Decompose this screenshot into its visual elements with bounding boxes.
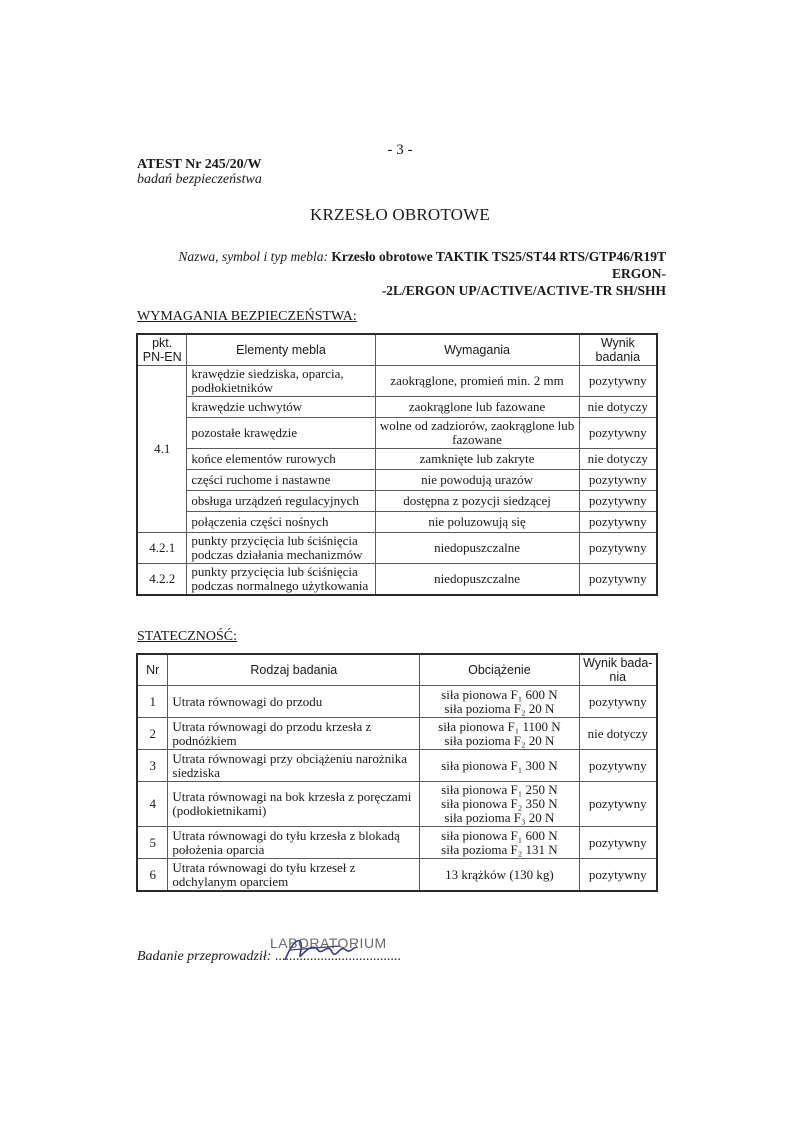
cell-nr: 3	[137, 750, 168, 782]
atest-subtitle: badań bezpieczeństwa	[137, 172, 262, 188]
atest-number: ATEST Nr 245/20/W	[137, 157, 261, 173]
table-row: 4.2.2punkty przycięcia lub ściśnięcia po…	[137, 564, 657, 596]
table-row: 2Utrata równowagi do przodu krzesła z po…	[137, 718, 657, 750]
cell-load: siła pionowa F₁ 600 Nsiła pozioma F₂ 131…	[420, 827, 579, 859]
cell-requirement: dostępna z pozycji siedzącej	[375, 491, 579, 512]
cell-requirement: zaokrąglone lub fazowane	[375, 397, 579, 418]
table-row: 1Utrata równowagi do przodusiła pionowa …	[137, 686, 657, 718]
cell-result: pozytywny	[579, 533, 657, 564]
safety-header-row: pkt. PN-EN Elementy mebla Wymagania Wyni…	[137, 334, 657, 366]
cell-test: Utrata równowagi do tyłu krzesła z bloka…	[168, 827, 420, 859]
header-load: Obciążenie	[420, 654, 579, 686]
cell-element: krawędzie siedziska, oparcia, podłokietn…	[187, 366, 375, 397]
load-line: siła pozioma F₃ 20 N	[424, 811, 574, 825]
document-title: KRZESŁO OBROTOWE	[0, 205, 800, 225]
cell-element: punkty przycięcia lub ściśnięcia podczas…	[187, 564, 375, 596]
header-nr: Nr	[137, 654, 168, 686]
cell-result: pozytywny	[579, 750, 657, 782]
load-line: siła pionowa F₁ 300 N	[424, 759, 574, 773]
signature-line: ....................................	[275, 949, 401, 964]
cell-requirement: zamknięte lub zakryte	[375, 449, 579, 470]
cell-result: nie dotyczy	[579, 449, 657, 470]
cell-load: siła pionowa F₁ 600 Nsiła pozioma F₂ 20 …	[420, 686, 579, 718]
furniture-label: Nazwa, symbol i typ mebla:	[178, 249, 328, 264]
table-row: końce elementów rurowychzamknięte lub za…	[137, 449, 657, 470]
cell-element: punkty przycięcia lub ściśnięcia podczas…	[187, 533, 375, 564]
header-result: Wynik bada-nia	[579, 654, 657, 686]
cell-result: pozytywny	[579, 512, 657, 533]
cell-test: Utrata równowagi do przodu	[168, 686, 420, 718]
cell-requirement: niedopuszczalne	[375, 533, 579, 564]
stability-header-row: Nr Rodzaj badania Obciążenie Wynik bada-…	[137, 654, 657, 686]
cell-result: nie dotyczy	[579, 397, 657, 418]
table-row: krawędzie uchwytówzaokrąglone lub fazowa…	[137, 397, 657, 418]
load-line: siła pozioma F₂ 20 N	[424, 702, 574, 716]
cell-element: części ruchome i nastawne	[187, 470, 375, 491]
page-number: - 3 -	[0, 142, 800, 159]
cell-requirement: zaokrąglone, promień min. 2 mm	[375, 366, 579, 397]
stability-heading: STATECZNOŚĆ:	[137, 629, 237, 645]
cell-result: nie dotyczy	[579, 718, 657, 750]
cell-pkt: 4.2.2	[137, 564, 187, 596]
cell-requirement: nie poluzowują się	[375, 512, 579, 533]
furniture-name: Nazwa, symbol i typ mebla: Krzesło obrot…	[136, 248, 666, 299]
load-line: siła pozioma F₂ 131 N	[424, 843, 574, 857]
cell-element: końce elementów rurowych	[187, 449, 375, 470]
cell-element: krawędzie uchwytów	[187, 397, 375, 418]
cell-requirement: niedopuszczalne	[375, 564, 579, 596]
cell-result: pozytywny	[579, 564, 657, 596]
table-row: części ruchome i nastawnenie powodują ur…	[137, 470, 657, 491]
conducted-by: Badanie przeprowadził: .................…	[137, 949, 401, 965]
cell-nr: 6	[137, 859, 168, 892]
cell-nr: 5	[137, 827, 168, 859]
load-line: siła pozioma F₂ 20 N	[424, 734, 574, 748]
safety-heading: WYMAGANIA BEZPIECZEŃSTWA:	[137, 309, 357, 325]
header-test-type: Rodzaj badania	[168, 654, 420, 686]
cell-result: pozytywny	[579, 782, 657, 827]
cell-pkt: 4.2.1	[137, 533, 187, 564]
header-requirements: Wymagania	[375, 334, 579, 366]
cell-test: Utrata równowagi przy obciążeniu narożni…	[168, 750, 420, 782]
table-row: połączenia części nośnychnie poluzowują …	[137, 512, 657, 533]
cell-result: pozytywny	[579, 859, 657, 892]
cell-result: pozytywny	[579, 470, 657, 491]
cell-result: pozytywny	[579, 686, 657, 718]
cell-result: pozytywny	[579, 366, 657, 397]
cell-nr: 1	[137, 686, 168, 718]
conducted-by-label: Badanie przeprowadził:	[137, 949, 271, 964]
load-line: siła pionowa F₁ 250 N	[424, 783, 574, 797]
cell-pkt: 4.1	[137, 366, 187, 533]
load-line: siła pionowa F₂ 350 N	[424, 797, 574, 811]
header-result: Wynik badania	[579, 334, 657, 366]
cell-load: siła pionowa F₁ 250 Nsiła pionowa F₂ 350…	[420, 782, 579, 827]
header-elements: Elementy mebla	[187, 334, 375, 366]
cell-element: pozostałe krawędzie	[187, 418, 375, 449]
furniture-value-line1: Krzesło obrotowe TAKTIK TS25/ST44 RTS/GT…	[331, 249, 666, 281]
table-row: obsługa urządzeń regulacyjnychdostępna z…	[137, 491, 657, 512]
cell-nr: 2	[137, 718, 168, 750]
load-line: 13 krążków (130 kg)	[424, 868, 574, 882]
cell-load: siła pionowa F₁ 300 N	[420, 750, 579, 782]
cell-element: połączenia części nośnych	[187, 512, 375, 533]
table-row: 4.1krawędzie siedziska, oparcia, podłoki…	[137, 366, 657, 397]
table-row: 4.2.1punkty przycięcia lub ściśnięcia po…	[137, 533, 657, 564]
header-pkt: pkt. PN-EN	[137, 334, 187, 366]
load-line: siła pionowa F₁ 600 N	[424, 688, 574, 702]
cell-element: obsługa urządzeń regulacyjnych	[187, 491, 375, 512]
stability-table: Nr Rodzaj badania Obciążenie Wynik bada-…	[136, 653, 658, 892]
cell-requirement: wolne od zadziorów, zaokrąglone lub fazo…	[375, 418, 579, 449]
cell-requirement: nie powodują urazów	[375, 470, 579, 491]
cell-test: Utrata równowagi na bok krzesła z poręcz…	[168, 782, 420, 827]
cell-load: 13 krążków (130 kg)	[420, 859, 579, 892]
cell-load: siła pionowa F₁ 1100 Nsiła pozioma F₂ 20…	[420, 718, 579, 750]
load-line: siła pionowa F₁ 1100 N	[424, 720, 574, 734]
cell-result: pozytywny	[579, 491, 657, 512]
table-row: 6Utrata równowagi do tyłu krzeseł z odch…	[137, 859, 657, 892]
furniture-value-line2: -2L/ERGON UP/ACTIVE/ACTIVE-TR SH/SHH	[382, 283, 666, 298]
cell-test: Utrata równowagi do przodu krzesła z pod…	[168, 718, 420, 750]
cell-result: pozytywny	[579, 827, 657, 859]
table-row: 3Utrata równowagi przy obciążeniu narożn…	[137, 750, 657, 782]
table-row: pozostałe krawędziewolne od zadziorów, z…	[137, 418, 657, 449]
cell-nr: 4	[137, 782, 168, 827]
cell-result: pozytywny	[579, 418, 657, 449]
cell-test: Utrata równowagi do tyłu krzeseł z odchy…	[168, 859, 420, 892]
table-row: 5Utrata równowagi do tyłu krzesła z blok…	[137, 827, 657, 859]
safety-table: pkt. PN-EN Elementy mebla Wymagania Wyni…	[136, 333, 658, 596]
load-line: siła pionowa F₁ 600 N	[424, 829, 574, 843]
table-row: 4Utrata równowagi na bok krzesła z poręc…	[137, 782, 657, 827]
